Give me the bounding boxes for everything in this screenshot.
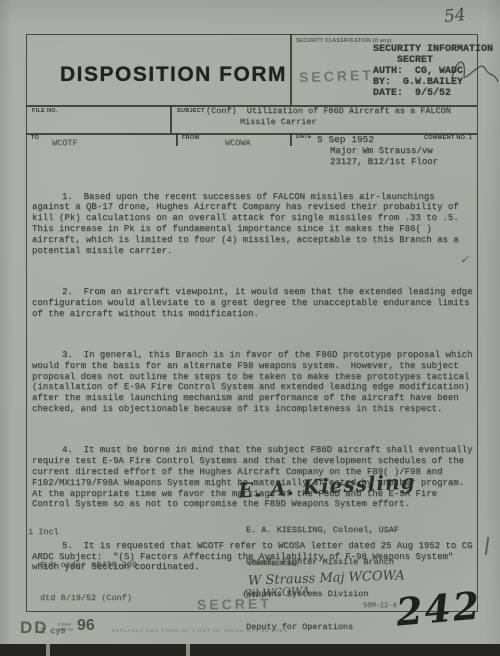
paragraph-2: 2. From an aircraft viewpoint, it would … <box>32 287 477 319</box>
form-edition: FORM FEB 50 <box>58 622 73 632</box>
divider-to-from <box>176 133 178 146</box>
subject-line1: (Conf) Utilization of F86D Aircraft as a… <box>206 106 451 116</box>
scanned-document-page: 54 DISPOSITION FORM SECURITY CLASSIFICAT… <box>0 0 500 656</box>
signature-scribble <box>448 52 500 86</box>
enclosure-line: Sub order #8430-209 <box>28 560 137 571</box>
concurrences-label: CONCURRENCES: <box>248 560 299 567</box>
from-value: WCOWA <box>225 138 251 148</box>
secret-stamp-header: SECRET <box>299 67 374 86</box>
secret-stamp-footer: SECRET <box>197 595 272 612</box>
subject-line2: Missile Carrier <box>240 117 317 127</box>
date-value: 5 Sep 1952 <box>317 134 374 145</box>
scan-edge-strip <box>0 644 500 656</box>
subject-label: SUBJECT <box>177 108 205 114</box>
form-number: 96 <box>77 617 95 635</box>
divider-from-date <box>290 133 292 146</box>
security-stamp-line: DATE: 9/5/52 <box>373 88 493 99</box>
from-label: FROM <box>182 135 199 141</box>
paragraph-1: 1. Based upon the recent successes of FA… <box>32 192 477 257</box>
print-code: 50M-12-4 <box>363 602 397 610</box>
margin-checkmark: ✓ <box>460 253 469 266</box>
signer-name: E. A. KIESSLING, Colonel, USAF <box>246 525 399 536</box>
date-room: 23127, B12/1st Floor <box>330 157 438 167</box>
file-no-label: FILE NO. <box>32 108 58 114</box>
divider-title-security <box>290 34 292 105</box>
scan-edge-gap <box>186 644 190 656</box>
form-title: DISPOSITION FORM <box>60 63 287 87</box>
to-label: TO <box>31 135 39 141</box>
form-date: FEB 50 <box>58 627 73 632</box>
date-label: DATE <box>296 134 312 140</box>
replaces-text: REPLACES NME FORM 12, 1 OCT 48, WHICH MA… <box>112 628 292 633</box>
date-officer: Major Wm Strauss/vw <box>330 146 433 156</box>
enclosure-line: dtd 8/19/52 (Conf) <box>28 593 137 604</box>
comment-no-label: COMMENT NO. 1 <box>424 135 472 141</box>
enclosure-line: 1 Incl <box>28 527 137 538</box>
handwritten-doc-number: 242 <box>394 582 483 634</box>
scan-edge-gap <box>46 644 50 656</box>
ink-mark <box>485 537 489 555</box>
handwritten-page-number: 54 <box>443 5 467 27</box>
dd-mark: DD <box>20 618 49 638</box>
paragraph-3: 3. In general, this Branch is in favor o… <box>32 350 477 415</box>
to-value: WCOTF <box>52 138 78 148</box>
divider-fileno-subject <box>170 105 172 133</box>
rule-under-subject <box>26 133 477 135</box>
